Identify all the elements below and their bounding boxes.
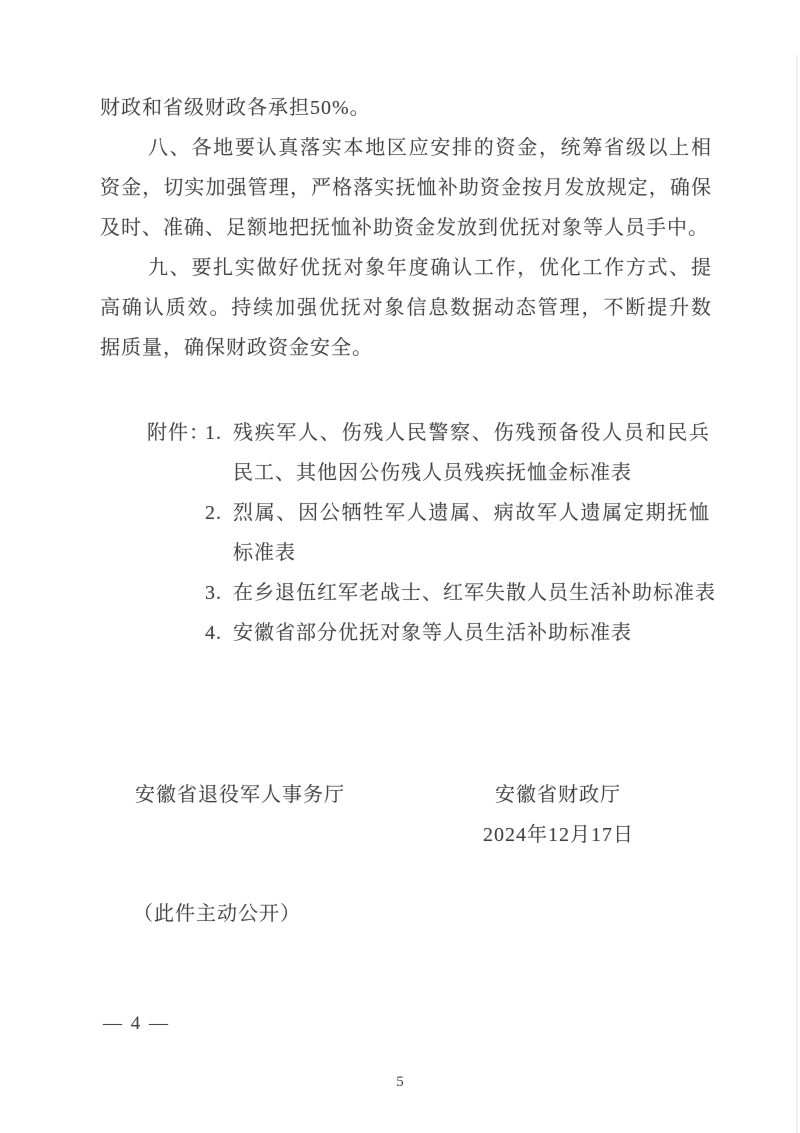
signature-date: 2024年12月17日	[483, 815, 634, 855]
attachment-item-number: 1.	[205, 413, 222, 453]
attachment-label: 附件：	[147, 413, 210, 453]
attachment-item-text: 在乡退伍红军老战士、红军失散人员生活补助标准表	[233, 573, 716, 613]
attachment-item-text: 烈属、因公牺牲军人遗属、病故军人遗属定期抚恤金	[233, 493, 710, 533]
disclosure-note: （此件主动公开）	[133, 894, 301, 934]
body-line: 财政和省级财政各承担50%。	[100, 88, 371, 128]
attachment-item-text: 民工、其他因公伤残人员残疾抚恤金标准表	[233, 453, 632, 493]
pdf-page-number: 5	[0, 1062, 800, 1102]
attachment-item-text: 标准表	[233, 533, 296, 573]
scanned-document-page: 财政和省级财政各承担50%。 八、各地要认真落实本地区应安排的资金，统筹省级以上…	[0, 0, 800, 1133]
attachment-item-number: 4.	[205, 613, 222, 653]
doc-page-number: — 4 —	[103, 1004, 170, 1044]
attachment-item-number: 2.	[205, 493, 222, 533]
body-line: 及时、准确、足额地把抚恤补助资金发放到优抚对象等人员手中。	[100, 208, 709, 248]
signature-left-agency: 安徽省退役军人事务厅	[135, 775, 345, 815]
body-line: 八、各地要认真落实本地区应安排的资金，统筹省级以上相关	[100, 128, 712, 168]
scan-edge-artifact	[796, 55, 798, 1133]
signature-right-agency: 安徽省财政厅	[495, 775, 621, 815]
body-line: 九、要扎实做好优抚对象年度确认工作，优化工作方式、提	[100, 248, 712, 288]
attachment-item-text: 安徽省部分优抚对象等人员生活补助标准表	[233, 613, 632, 653]
body-line: 资金，切实加强管理，严格落实抚恤补助资金按月发放规定，确保	[100, 168, 712, 208]
attachment-item-text: 残疾军人、伤残人民警察、伤残预备役人员和民兵	[233, 413, 710, 453]
body-line: 据质量，确保财政资金安全。	[100, 328, 373, 368]
attachment-item-number: 3.	[205, 573, 222, 613]
body-line: 高确认质效。持续加强优抚对象信息数据动态管理，不断提升数	[100, 288, 712, 328]
